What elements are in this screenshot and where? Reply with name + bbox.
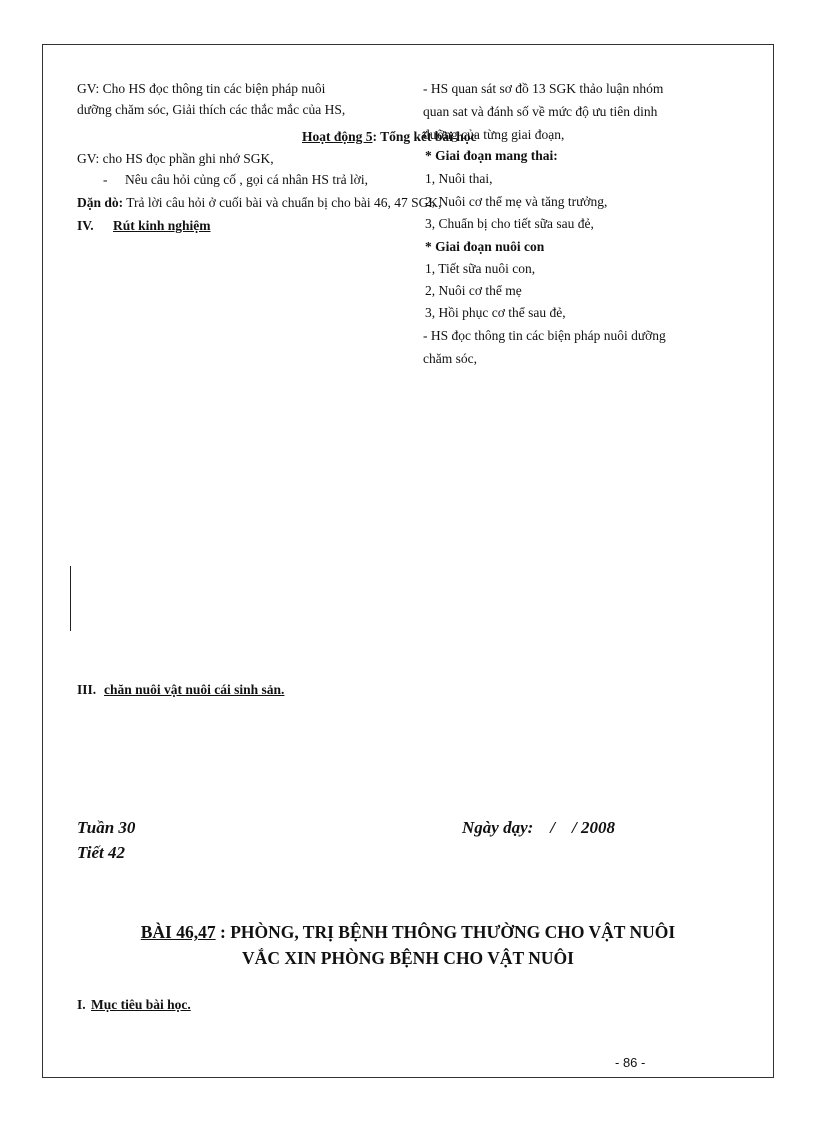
pregnancy-stage-heading: * Giai đoạn mang thai:: [425, 148, 558, 164]
pregnancy-item-1: 1, Nuôi thai,: [425, 171, 493, 187]
text-cursor: [70, 566, 71, 631]
homework-label: Dặn dò:: [77, 195, 123, 210]
pregnancy-item-2: 2, Nuôi cơ thể mẹ và tăng trưởng,: [425, 194, 607, 210]
section-iv-title: Rút kinh nghiệm: [113, 218, 211, 234]
hs-reading-line1: - HS đọc thông tin các biện pháp nuôi dư…: [423, 328, 666, 344]
lesson-number: BÀI 46,47: [141, 922, 216, 942]
lesson-title-line1: BÀI 46,47 : PHÒNG, TRỊ BỆNH THÔNG THƯỜNG…: [0, 922, 816, 942]
homework-text: Trả lời câu hỏi ở cuối bài và chuẩn bị c…: [123, 195, 441, 210]
section-i-title: Mục tiêu bài học.: [91, 997, 191, 1013]
section-iii-number: III.: [77, 682, 96, 698]
section-i-number: I.: [77, 997, 86, 1013]
hs-observe-line2: quan sat và đánh số về mức độ ưu tiên di…: [423, 104, 657, 120]
review-question-bullet: Nêu câu hỏi củng cố , gọi cá nhân HS trả…: [125, 172, 368, 188]
week-label: Tuần 30: [77, 818, 135, 838]
gv-instruction-line2: dưỡng chăm sóc, Giải thích các thắc mắc …: [77, 102, 345, 118]
nursing-item-3: 3, Hồi phục cơ thể sau đẻ,: [425, 305, 566, 321]
nursing-item-1: 1, Tiết sữa nuôi con,: [425, 261, 535, 277]
gv-instruction-line1: GV: Cho HS đọc thông tin các biện pháp n…: [77, 81, 325, 97]
lesson-title-main: : PHÒNG, TRỊ BỆNH THÔNG THƯỜNG CHO VẬT N…: [216, 922, 676, 942]
section-iii-title: chăn nuôi vật nuôi cái sinh sản.: [104, 682, 284, 698]
nursing-item-2: 2, Nuôi cơ thể mẹ: [425, 283, 522, 299]
page-number: - 86 -: [615, 1055, 645, 1071]
nursing-stage-heading: * Giai đoạn nuôi con: [425, 239, 544, 255]
activity-5-label: Hoạt động 5: [302, 129, 373, 144]
section-iv-number: IV.: [77, 218, 94, 234]
hs-observe-line1: - HS quan sát sơ đồ 13 SGK thảo luận nhó…: [423, 81, 663, 97]
hs-reading-line2: chăm sóc,: [423, 351, 477, 367]
pregnancy-item-3: 3, Chuẩn bị cho tiết sữa sau đẻ,: [425, 216, 594, 232]
hs-observe-line3: dưỡng của từng giai đoạn,: [423, 127, 564, 143]
period-label: Tiết 42: [77, 843, 125, 863]
homework-line: Dặn dò: Trả lời câu hỏi ở cuối bài và ch…: [77, 195, 442, 211]
bullet-dash: -: [103, 172, 108, 188]
gv-summary-line: GV: cho HS đọc phần ghi nhớ SGK,: [77, 151, 274, 167]
lesson-title-line2: VẮC XIN PHÒNG BỆNH CHO VẬT NUÔI: [0, 948, 816, 968]
teaching-date: Ngày dạy: / / 2008: [462, 818, 615, 838]
